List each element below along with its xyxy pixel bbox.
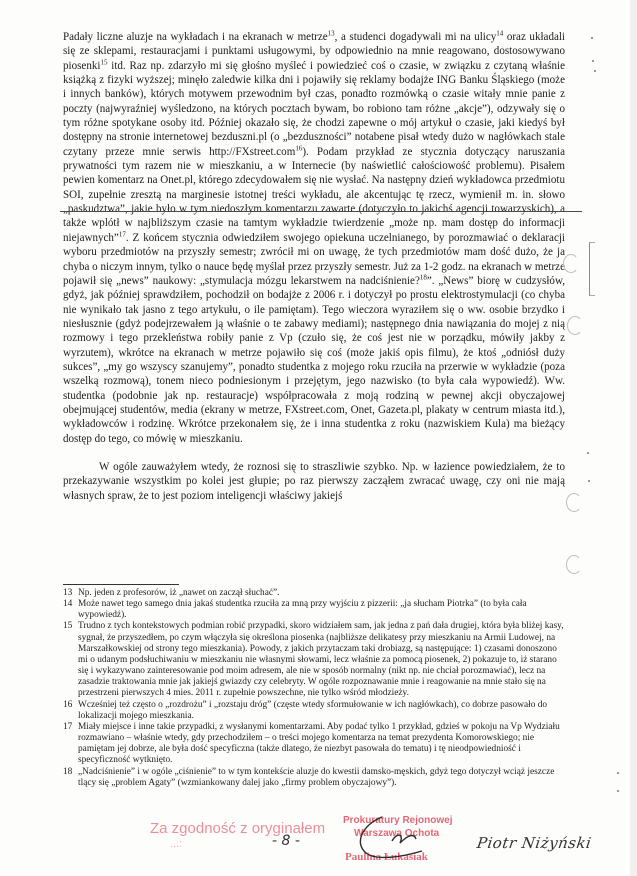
footnote-ref: 13 <box>328 29 335 37</box>
punch-hole-circle-icon <box>566 493 582 512</box>
signature: Piotr Niżyński <box>476 834 593 852</box>
footnote-text: Np. jeden z profesorów, iż „nawet on zac… <box>78 588 568 599</box>
footnote-16: 16Wcześniej też często o „rozdrożu” i „r… <box>63 700 568 722</box>
footnote-ref: 18 <box>420 273 427 281</box>
certification-stamp-line2: ...: <box>170 838 182 850</box>
footnote-14: 14Może nawet tego samego dnia jakaś stud… <box>63 599 568 621</box>
footnote-ref: 16 <box>295 144 302 152</box>
handwritten-initials-icon <box>352 813 432 863</box>
margin-speck <box>617 772 619 774</box>
footnote-ref: 17 <box>119 230 126 238</box>
margin-speck <box>591 37 593 39</box>
footnote-ref: 14 <box>496 29 503 37</box>
paragraph-1: Padały liczne aluzje na wykładach i na e… <box>63 30 565 446</box>
margin-speck <box>587 452 589 454</box>
body-text: Padały liczne aluzje na wykładach i na e… <box>63 30 565 503</box>
footnote-number: 18 <box>63 767 78 789</box>
footnote-number: 15 <box>63 621 78 699</box>
footnote-17: 17Miały miejsce i inne takie przypadki, … <box>63 722 568 767</box>
scan-edge-shadow <box>630 0 637 876</box>
footnote-13: 13Np. jeden z profesorów, iż „nawet on z… <box>63 588 568 599</box>
footnote-text: Trudno z tych kontekstowych podmian robi… <box>78 621 568 699</box>
strikethrough-line <box>60 211 582 212</box>
margin-bracket-mark <box>589 242 595 296</box>
margin-speck <box>592 60 594 62</box>
footnote-number: 17 <box>63 722 78 767</box>
footnote-text: Miały miejsce i inne takie przypadki, z … <box>78 722 568 767</box>
margin-speck <box>594 70 596 72</box>
footnote-ref: 15 <box>100 58 107 66</box>
footnote-separator <box>63 584 179 585</box>
footnote-text: Może nawet tego samego dnia jakaś studen… <box>78 599 568 621</box>
footnote-text: „Nadciśnienie” i w ogóle „ciśnienie” to … <box>78 767 568 789</box>
margin-speck <box>617 790 619 792</box>
footnotes: 13Np. jeden z profesorów, iż „nawet on z… <box>63 588 568 789</box>
punch-hole-circle-icon <box>563 254 579 273</box>
punch-hole-circle-icon <box>566 555 582 574</box>
margin-speck <box>588 480 590 482</box>
footnote-number: 14 <box>63 599 78 621</box>
footnote-18: 18„Nadciśnienie” i w ogóle „ciśnienie” t… <box>63 767 568 789</box>
paragraph-2: W ogóle zauważyłem wtedy, że roznosi się… <box>63 460 565 503</box>
footnote-text: Wcześniej też często o „rozdrożu” i „roz… <box>78 700 568 722</box>
punch-hole-circle-icon <box>567 316 583 335</box>
footnote-number: 13 <box>63 588 78 599</box>
footnote-number: 16 <box>63 700 78 722</box>
footnote-15: 15Trudno z tych kontekstowych podmian ro… <box>63 621 568 699</box>
page-number: - 8 - <box>272 833 300 849</box>
